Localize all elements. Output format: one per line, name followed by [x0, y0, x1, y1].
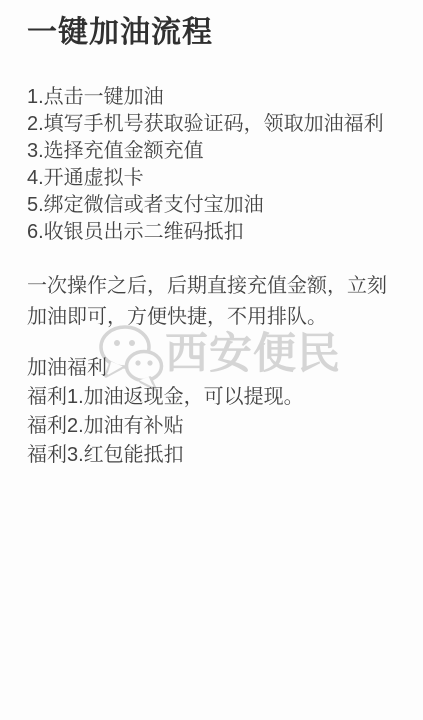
page: 一键加油流程 1.点击一键加油 2.填写手机号获取验证码，领取加油福利 3.选择… — [0, 0, 423, 720]
step-item: 2.填写手机号获取验证码，领取加油福利 — [27, 111, 384, 138]
summary-paragraph: 一次操作之后，后期直接充值金额，立刻加油即可，方便快捷，不用排队。 — [27, 271, 397, 333]
step-item: 1.点击一键加油 — [27, 84, 384, 111]
benefit-item: 福利3.红包能抵扣 — [27, 441, 304, 470]
step-item: 5.绑定微信或者支付宝加油 — [27, 192, 384, 219]
benefits-heading: 加油福利 — [27, 354, 304, 383]
benefit-item: 福利2.加油有补贴 — [27, 412, 304, 441]
page-title: 一键加油流程 — [27, 14, 213, 52]
step-item: 6.收银员出示二维码抵扣 — [27, 219, 384, 246]
steps-list: 1.点击一键加油 2.填写手机号获取验证码，领取加油福利 3.选择充值金额充值 … — [27, 84, 384, 246]
benefit-item: 福利1.加油返现金，可以提现。 — [27, 383, 304, 412]
benefits-section: 加油福利 福利1.加油返现金，可以提现。 福利2.加油有补贴 福利3.红包能抵扣 — [27, 354, 304, 470]
step-item: 4.开通虚拟卡 — [27, 165, 384, 192]
step-item: 3.选择充值金额充值 — [27, 138, 384, 165]
